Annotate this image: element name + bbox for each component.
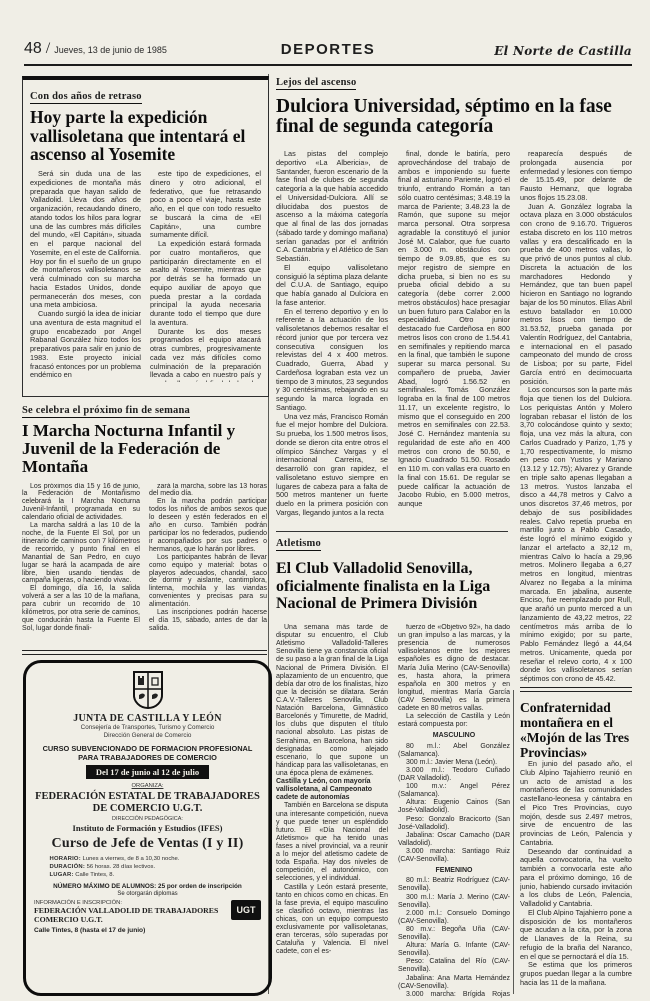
masthead: El Norte de Castilla	[494, 44, 632, 58]
ad-federation: FEDERACIÓN ESTATAL DE TRABAJADORES DE CO…	[34, 791, 261, 814]
section-divider	[276, 531, 508, 532]
masculino-list: 80 m.l.: Abel González (Salamanca).300 m…	[398, 743, 510, 865]
article-column: Las pistas del complejo deportivo «La Al…	[276, 150, 388, 530]
ad-dates-banner: Del 17 de junio al 12 de julio	[86, 765, 209, 779]
article-headline: I Marcha Nocturna Infantil y Juvenil de …	[22, 422, 267, 477]
section-divider	[22, 650, 267, 655]
article-column: final, donde le batiría, pero aprovechán…	[398, 150, 510, 530]
ad-course-name: Curso de Jefe de Ventas (I y II)	[34, 836, 261, 852]
column-paragraphs: fuerzo de «Objetivo 92», ha dado un gran…	[398, 624, 510, 729]
article-headline: El Club Valladolid Senovilla, oficialmen…	[276, 560, 514, 613]
page-header: 48/Jueves, 13 de junio de 1985 DEPORTES …	[24, 40, 632, 62]
ad-department: Consejería de Transportes, Turismo y Com…	[34, 724, 261, 732]
article-kicker: Atletismo	[276, 538, 321, 551]
ugt-logo: UGT	[231, 900, 261, 920]
article-kicker: Lejos del ascenso	[276, 77, 356, 90]
article-kicker: Con dos años de retraso	[30, 91, 142, 104]
article-kicker: Se celebra el próximo fin de semana	[22, 405, 190, 418]
article-marcha: Se celebra el próximo fin de semana I Ma…	[22, 400, 267, 647]
article-column: este tipo de expediciones, el dinero y o…	[150, 170, 261, 382]
schedule-value: Calle Tintes, 8.	[75, 872, 114, 878]
schedule-value: 56 horas. 28 días lectivos.	[87, 864, 155, 870]
newspaper-page: 48/Jueves, 13 de junio de 1985 DEPORTES …	[0, 0, 650, 1001]
schedule-label: DURACIÓN:	[50, 864, 86, 870]
schedule-label: LUGAR:	[50, 872, 74, 878]
article-headline: Confraternidad montañera en el «Mojón de…	[520, 700, 632, 760]
femenino-list: 80 m.l.: Beatriz Rodríguez (CAV-Senovill…	[398, 877, 510, 998]
section-divider	[520, 687, 632, 692]
ad-course-title: CURSO SUBVENCIONADO DE FORMACION PROFESI…	[34, 744, 261, 763]
article-subhead: Castilla y León, con mayoría vallisoleta…	[276, 778, 388, 802]
coat-of-arms-icon	[130, 669, 166, 711]
header-rule	[24, 64, 632, 66]
list-label-femenino: FEMENINO	[398, 867, 510, 875]
ad-max-students: NÚMERO MÁXIMO DE ALUMNOS: 25 por orden d…	[34, 883, 261, 890]
schedule-row: DURACIÓN: 56 horas. 28 días lectivos.	[50, 864, 246, 872]
ad-federation-valladolid: FEDERACIÓN VALLADOLID DE TRABAJADORES CO…	[34, 907, 231, 925]
article-column: Los próximos día 15 y 16 de junio, la Fe…	[22, 483, 140, 647]
article-column: fuerzo de «Objetivo 92», ha dado un gran…	[398, 624, 510, 998]
article-headline: Dulciora Universidad, séptimo en la fase…	[276, 97, 632, 138]
article-column: Una semana más tarde de disputar su encu…	[276, 624, 388, 998]
column-divider	[513, 690, 514, 994]
schedule-row: LUGAR: Calle Tintes, 8.	[50, 872, 246, 880]
ad-organization: JUNTA DE CASTILLA Y LEÓN	[34, 713, 261, 724]
ad-diplomas: Se otorgarán diplomas	[34, 891, 261, 897]
ad-institute: Instituto de Formación y Estudios (IFES)	[34, 823, 261, 833]
article-column: zará la marcha, sobre las 13 horas del m…	[149, 483, 267, 647]
schedule-label: HORARIO:	[50, 856, 81, 862]
article-column: En junio del pasado año, el Club Alpino …	[520, 760, 632, 998]
schedule-value: Lunes a viernes, de 8 a 10,30 noche.	[83, 856, 180, 862]
column-paragraphs: Una semana más tarde de disputar su encu…	[276, 624, 388, 778]
article-yosemite: Con dos años de retraso Hoy parte la exp…	[22, 76, 269, 397]
article-headline: Hoy parte la expedición vallisoletana qu…	[30, 108, 261, 164]
column-paragraphs: También en Barcelona se disputa una inte…	[276, 802, 388, 956]
list-label-masculino: MASCULINO	[398, 732, 510, 740]
ad-department: Dirección General de Comercio	[34, 732, 261, 740]
junta-castilla-leon-ad: JUNTA DE CASTILLA Y LEÓN Consejería de T…	[23, 660, 272, 996]
ad-organiza-label: ORGANIZA:	[34, 783, 261, 789]
article-column: Será sin duda una de las expediciones de…	[30, 170, 141, 382]
ad-address: Calle Tintes, 8 (hasta el 17 de junio)	[34, 927, 231, 934]
ad-pedagogy-label: DIRECCIÓN PEDAGÓGICA:	[34, 816, 261, 822]
article-column: reaparecía después de prolongada ausenci…	[520, 150, 632, 686]
ad-schedule: HORARIO: Lunes a viernes, de 8 a 10,30 n…	[50, 856, 246, 880]
